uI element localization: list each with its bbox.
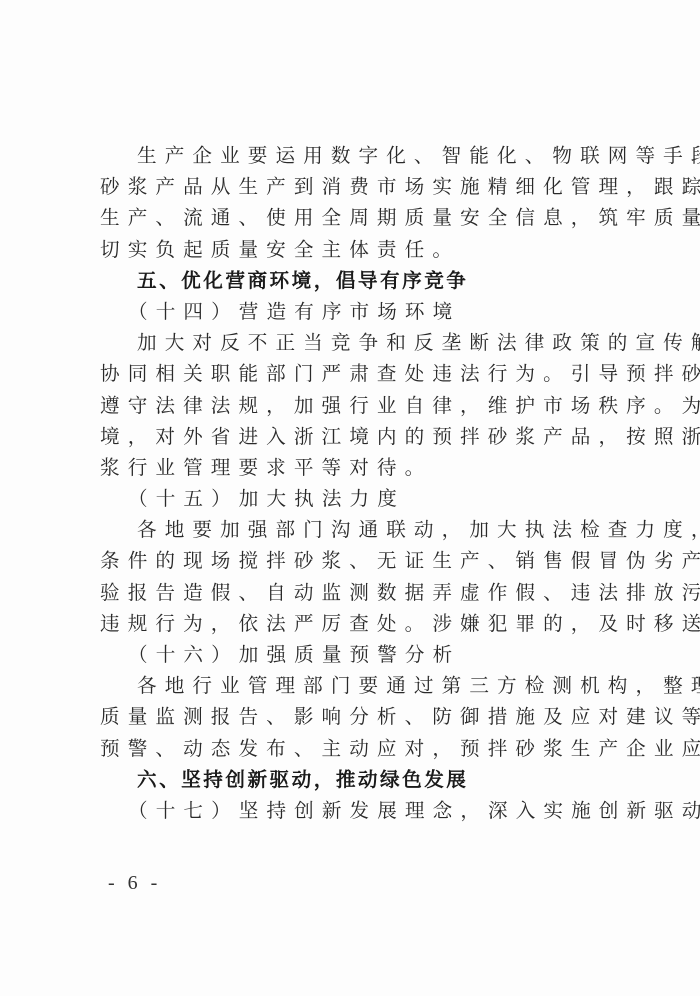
paragraph-line: 各地行业管理部门要通过第三方检测机构，整理预拌砂浆 xyxy=(100,670,604,701)
subsection-heading-15: （十五）加大执法力度 xyxy=(100,483,604,514)
paragraph-line: 生产企业要运用数字化、智能化、物联网等手段，对预拌 xyxy=(100,140,604,171)
paragraph-line: 质量监测报告、影响分析、防御措施及应对建议等信息，及时 xyxy=(100,701,604,732)
paragraph-line: 条件的现场搅拌砂浆、无证生产、销售假冒伪劣产品、工程检 xyxy=(100,545,604,576)
subsection-heading-17: （十七）坚持创新发展理念，深入实施创新驱动发展战略 xyxy=(100,795,604,826)
subsection-heading-16: （十六）加强质量预警分析 xyxy=(100,639,604,670)
paragraph-line: 遵守法律法规，加强行业自律，维护市场秩序。为优化营商环 xyxy=(100,390,604,421)
paragraph-line: 加大对反不正当竞争和反垄断法律政策的宣传解读力度， xyxy=(100,327,604,358)
paragraph-line: 验报告造假、自动监测数据弄虚作假、违法排放污染物等违法 xyxy=(100,577,604,608)
paragraph-line: 浆行业管理要求平等对待。 xyxy=(100,452,604,483)
paragraph-line: 境，对外省进入浙江境内的预拌砂浆产品，按照浙江省预拌砂 xyxy=(100,421,604,452)
page-number: - 6 - xyxy=(108,872,161,895)
paragraph-line: 砂浆产品从生产到消费市场实施精细化管理，跟踪、记录产品 xyxy=(100,171,604,202)
section-heading-5: 五、优化营商环境，倡导有序竞争 xyxy=(100,265,604,296)
paragraph-line: 预警、动态发布、主动应对，预拌砂浆生产企业应积极配合。 xyxy=(100,733,604,764)
paragraph-line: 切实负起质量安全主体责任。 xyxy=(100,234,604,265)
paragraph-line: 协同相关职能部门严肃查处违法行为。引导预拌砂浆行业企业 xyxy=(100,358,604,389)
paragraph-line: 生产、流通、使用全周期质量安全信息，筑牢质量安全底线， xyxy=(100,202,604,233)
section-heading-6: 六、坚持创新驱动，推动绿色发展 xyxy=(100,764,604,795)
paragraph-line: 各地要加强部门沟通联动，加大执法检查力度，对不符合 xyxy=(100,514,604,545)
subsection-heading-14: （十四）营造有序市场环境 xyxy=(100,296,604,327)
document-page: 生产企业要运用数字化、智能化、物联网等手段，对预拌 砂浆产品从生产到消费市场实施… xyxy=(100,140,604,826)
paragraph-line: 违规行为，依法严厉查处。涉嫌犯罪的，及时移送司法机关。 xyxy=(100,608,604,639)
